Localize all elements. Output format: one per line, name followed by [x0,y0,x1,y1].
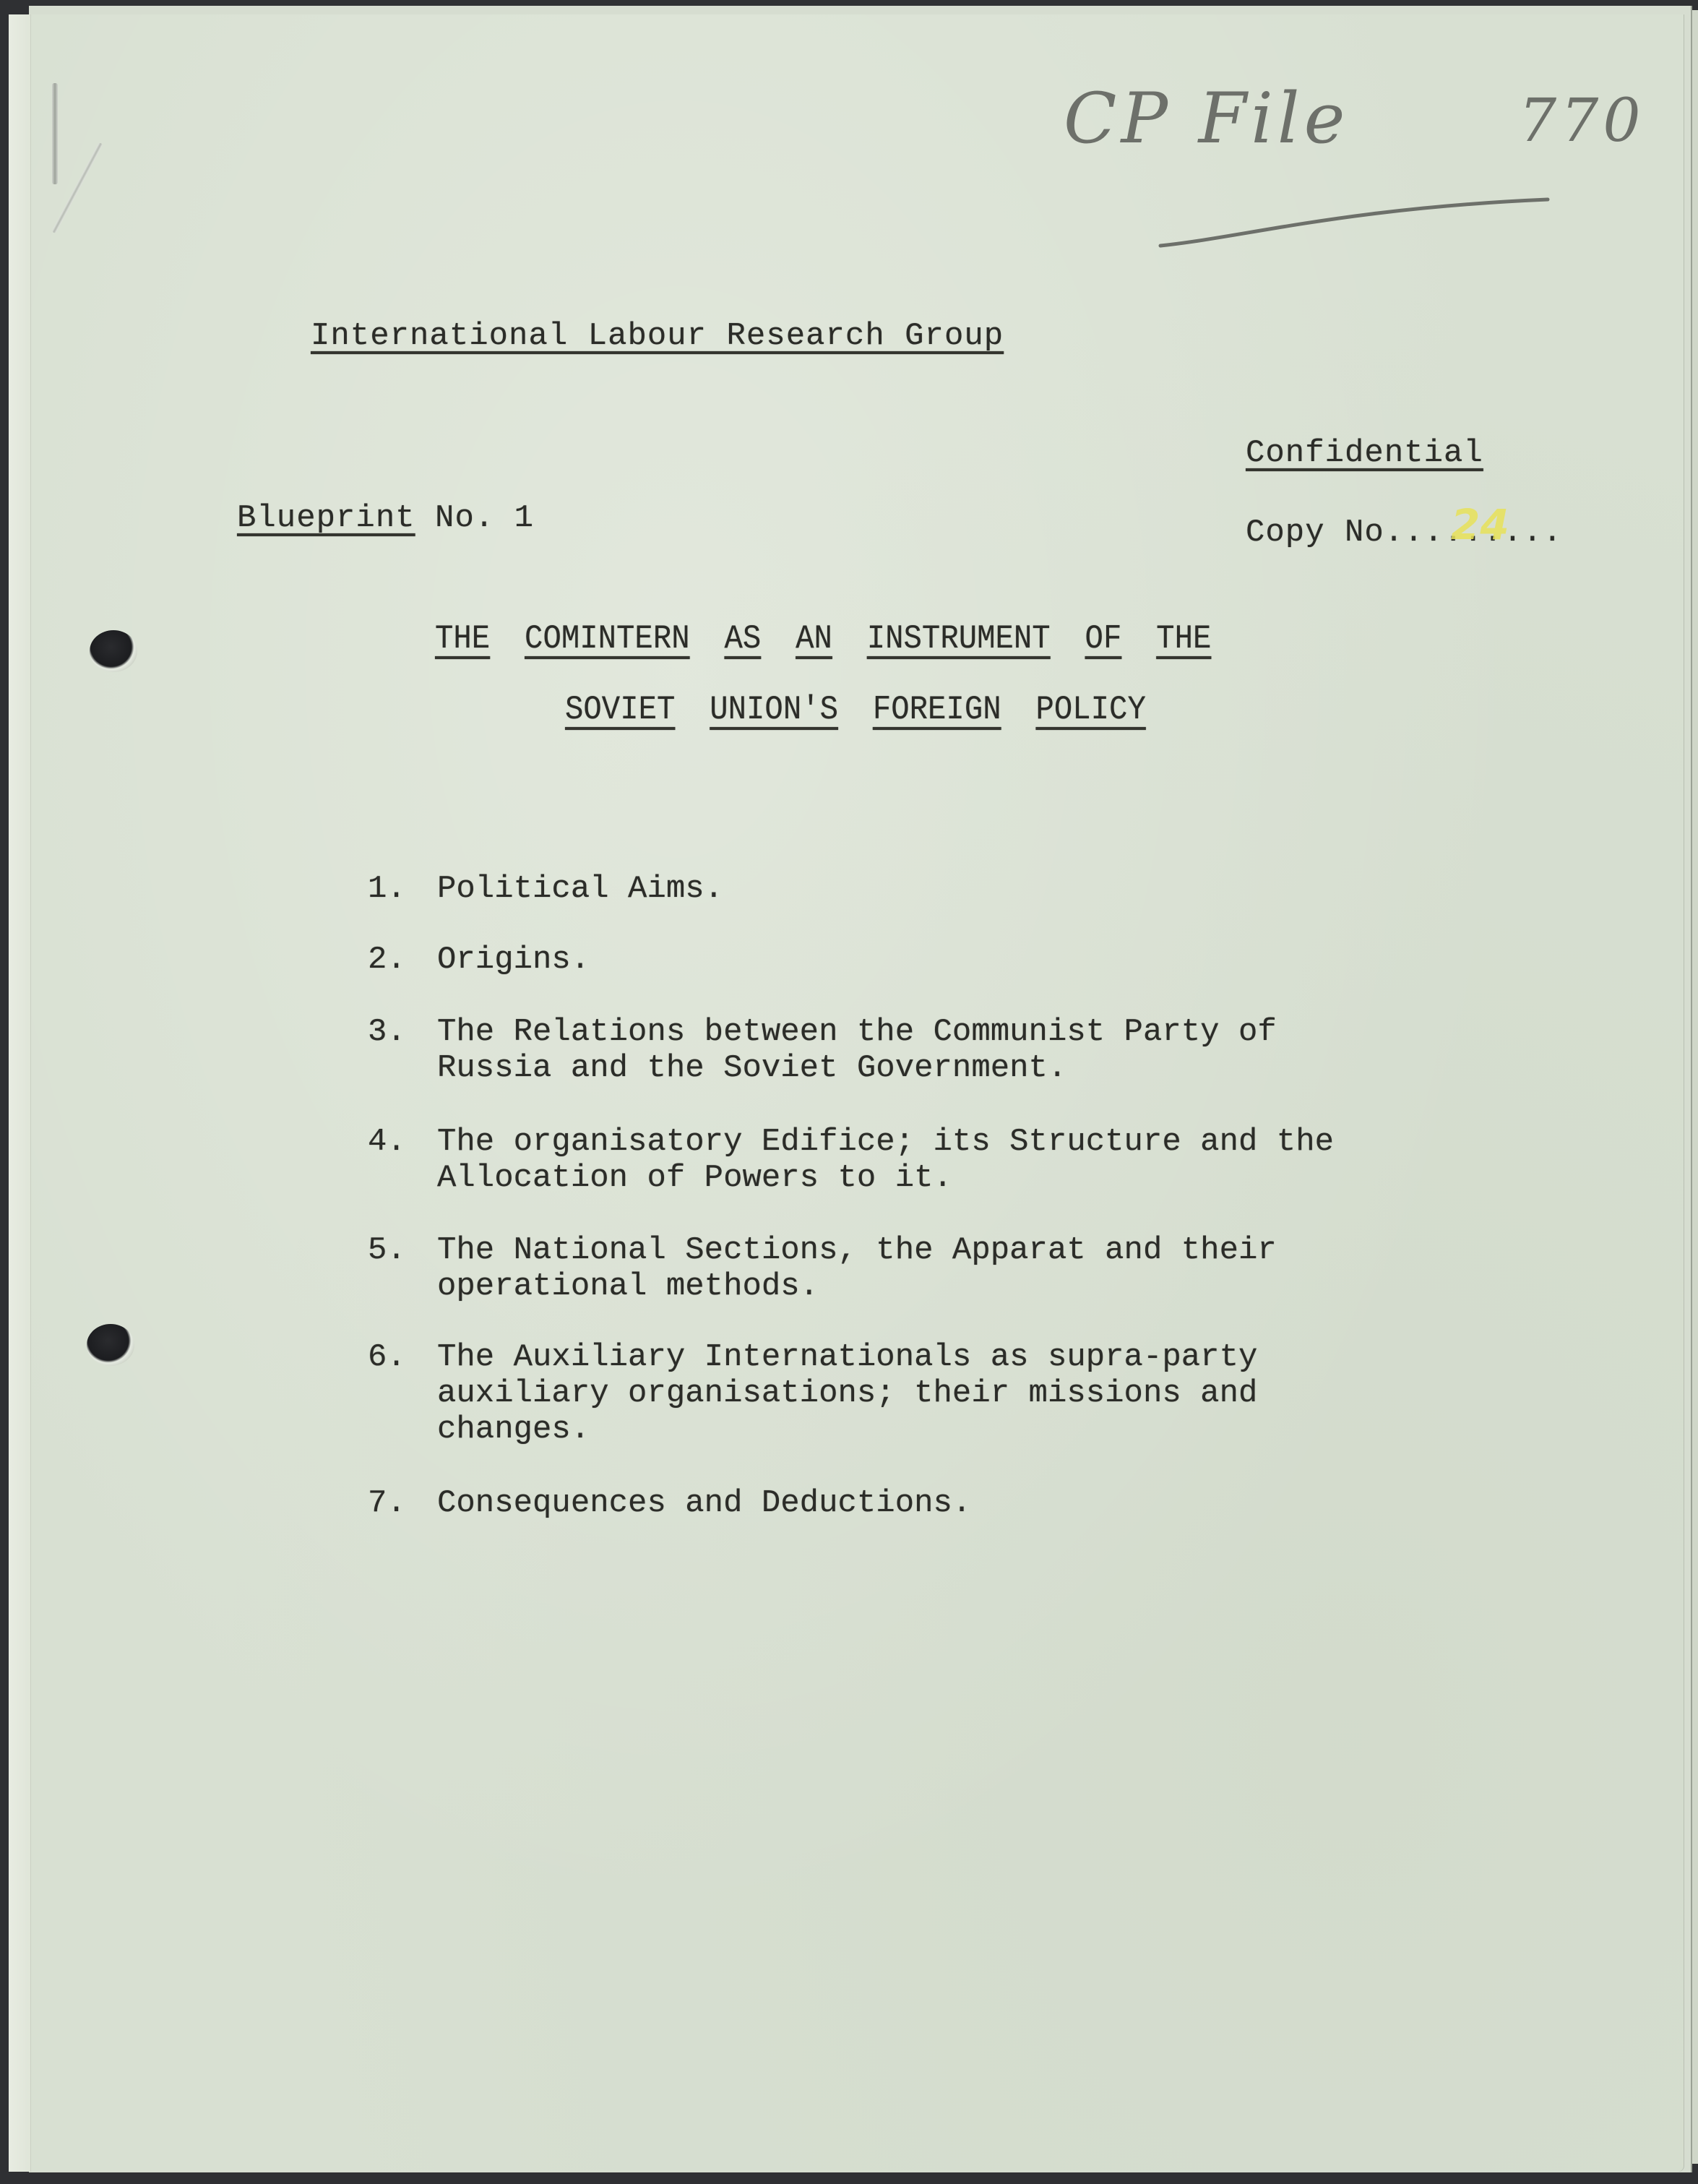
classification-label: Confidential [1246,435,1483,471]
staple-icon [52,83,58,184]
item-number: 7. [368,1485,437,1521]
staple-mark-icon [51,142,103,233]
item-number: 4. [368,1124,437,1196]
document-title-line-1: THE COMINTERN AS AN INSTRUMENT OF THE [435,620,1211,658]
list-item: 1. Political Aims. [368,871,1463,907]
item-number: 2. [368,942,437,978]
list-item: 4. The organisatory Edifice; its Structu… [368,1124,1463,1196]
handwritten-file-note: CP File [1064,78,1349,159]
item-text: The Auxiliary Internationals as supra-pa… [437,1339,1463,1448]
item-number: 5. [368,1232,437,1304]
document-page: CP File 770 International Labour Researc… [9,14,1684,2172]
title-word: UNION'S [710,691,838,728]
blueprint-number: No. 1 [435,500,534,536]
pencil-underline-icon [1158,194,1562,259]
title-word: AS [724,620,761,658]
title-word: SOVIET [565,691,675,728]
copy-number-highlight: 24 [1451,500,1509,549]
binding-edge [9,14,31,2172]
item-number: 1. [368,871,437,907]
item-number: 6. [368,1339,437,1448]
title-word: THE [435,620,490,658]
item-number: 3. [368,1014,437,1086]
list-item: 6. The Auxiliary Internationals as supra… [368,1339,1463,1448]
item-text: The National Sections, the Apparat and t… [437,1232,1463,1304]
scanned-document: CP File 770 International Labour Researc… [0,0,1698,2184]
handwritten-file-number: 770 [1519,87,1645,155]
punch-hole-icon [87,1324,134,1366]
title-word: AN [796,620,832,658]
title-word: POLICY [1035,691,1145,728]
list-item: 7. Consequences and Deductions. [368,1485,1463,1521]
item-text: Political Aims. [437,871,1463,907]
organization-name: International Labour Research Group [311,318,1004,354]
title-word: FOREIGN [873,691,1001,728]
title-word: INSTRUMENT [867,620,1051,658]
list-item: 5. The National Sections, the Apparat an… [368,1232,1463,1304]
punch-hole-icon [90,630,137,672]
item-text: Consequences and Deductions. [437,1485,1463,1521]
list-item: 2. Origins. [368,942,1463,978]
item-text: The organisatory Edifice; its Structure … [437,1124,1463,1196]
item-text: Origins. [437,942,1463,978]
copy-number-label: Copy No......... [1246,515,1562,551]
blueprint-line: Blueprint No. 1 [237,500,534,536]
document-title-line-2: SOVIET UNION'S FOREIGN POLICY [565,691,1146,728]
title-word: OF [1085,620,1122,658]
blueprint-label: Blueprint [237,500,415,536]
item-text: The Relations between the Communist Part… [437,1014,1463,1086]
title-word: COMINTERN [525,620,690,658]
list-item: 3. The Relations between the Communist P… [368,1014,1463,1086]
title-word: THE [1156,620,1211,658]
